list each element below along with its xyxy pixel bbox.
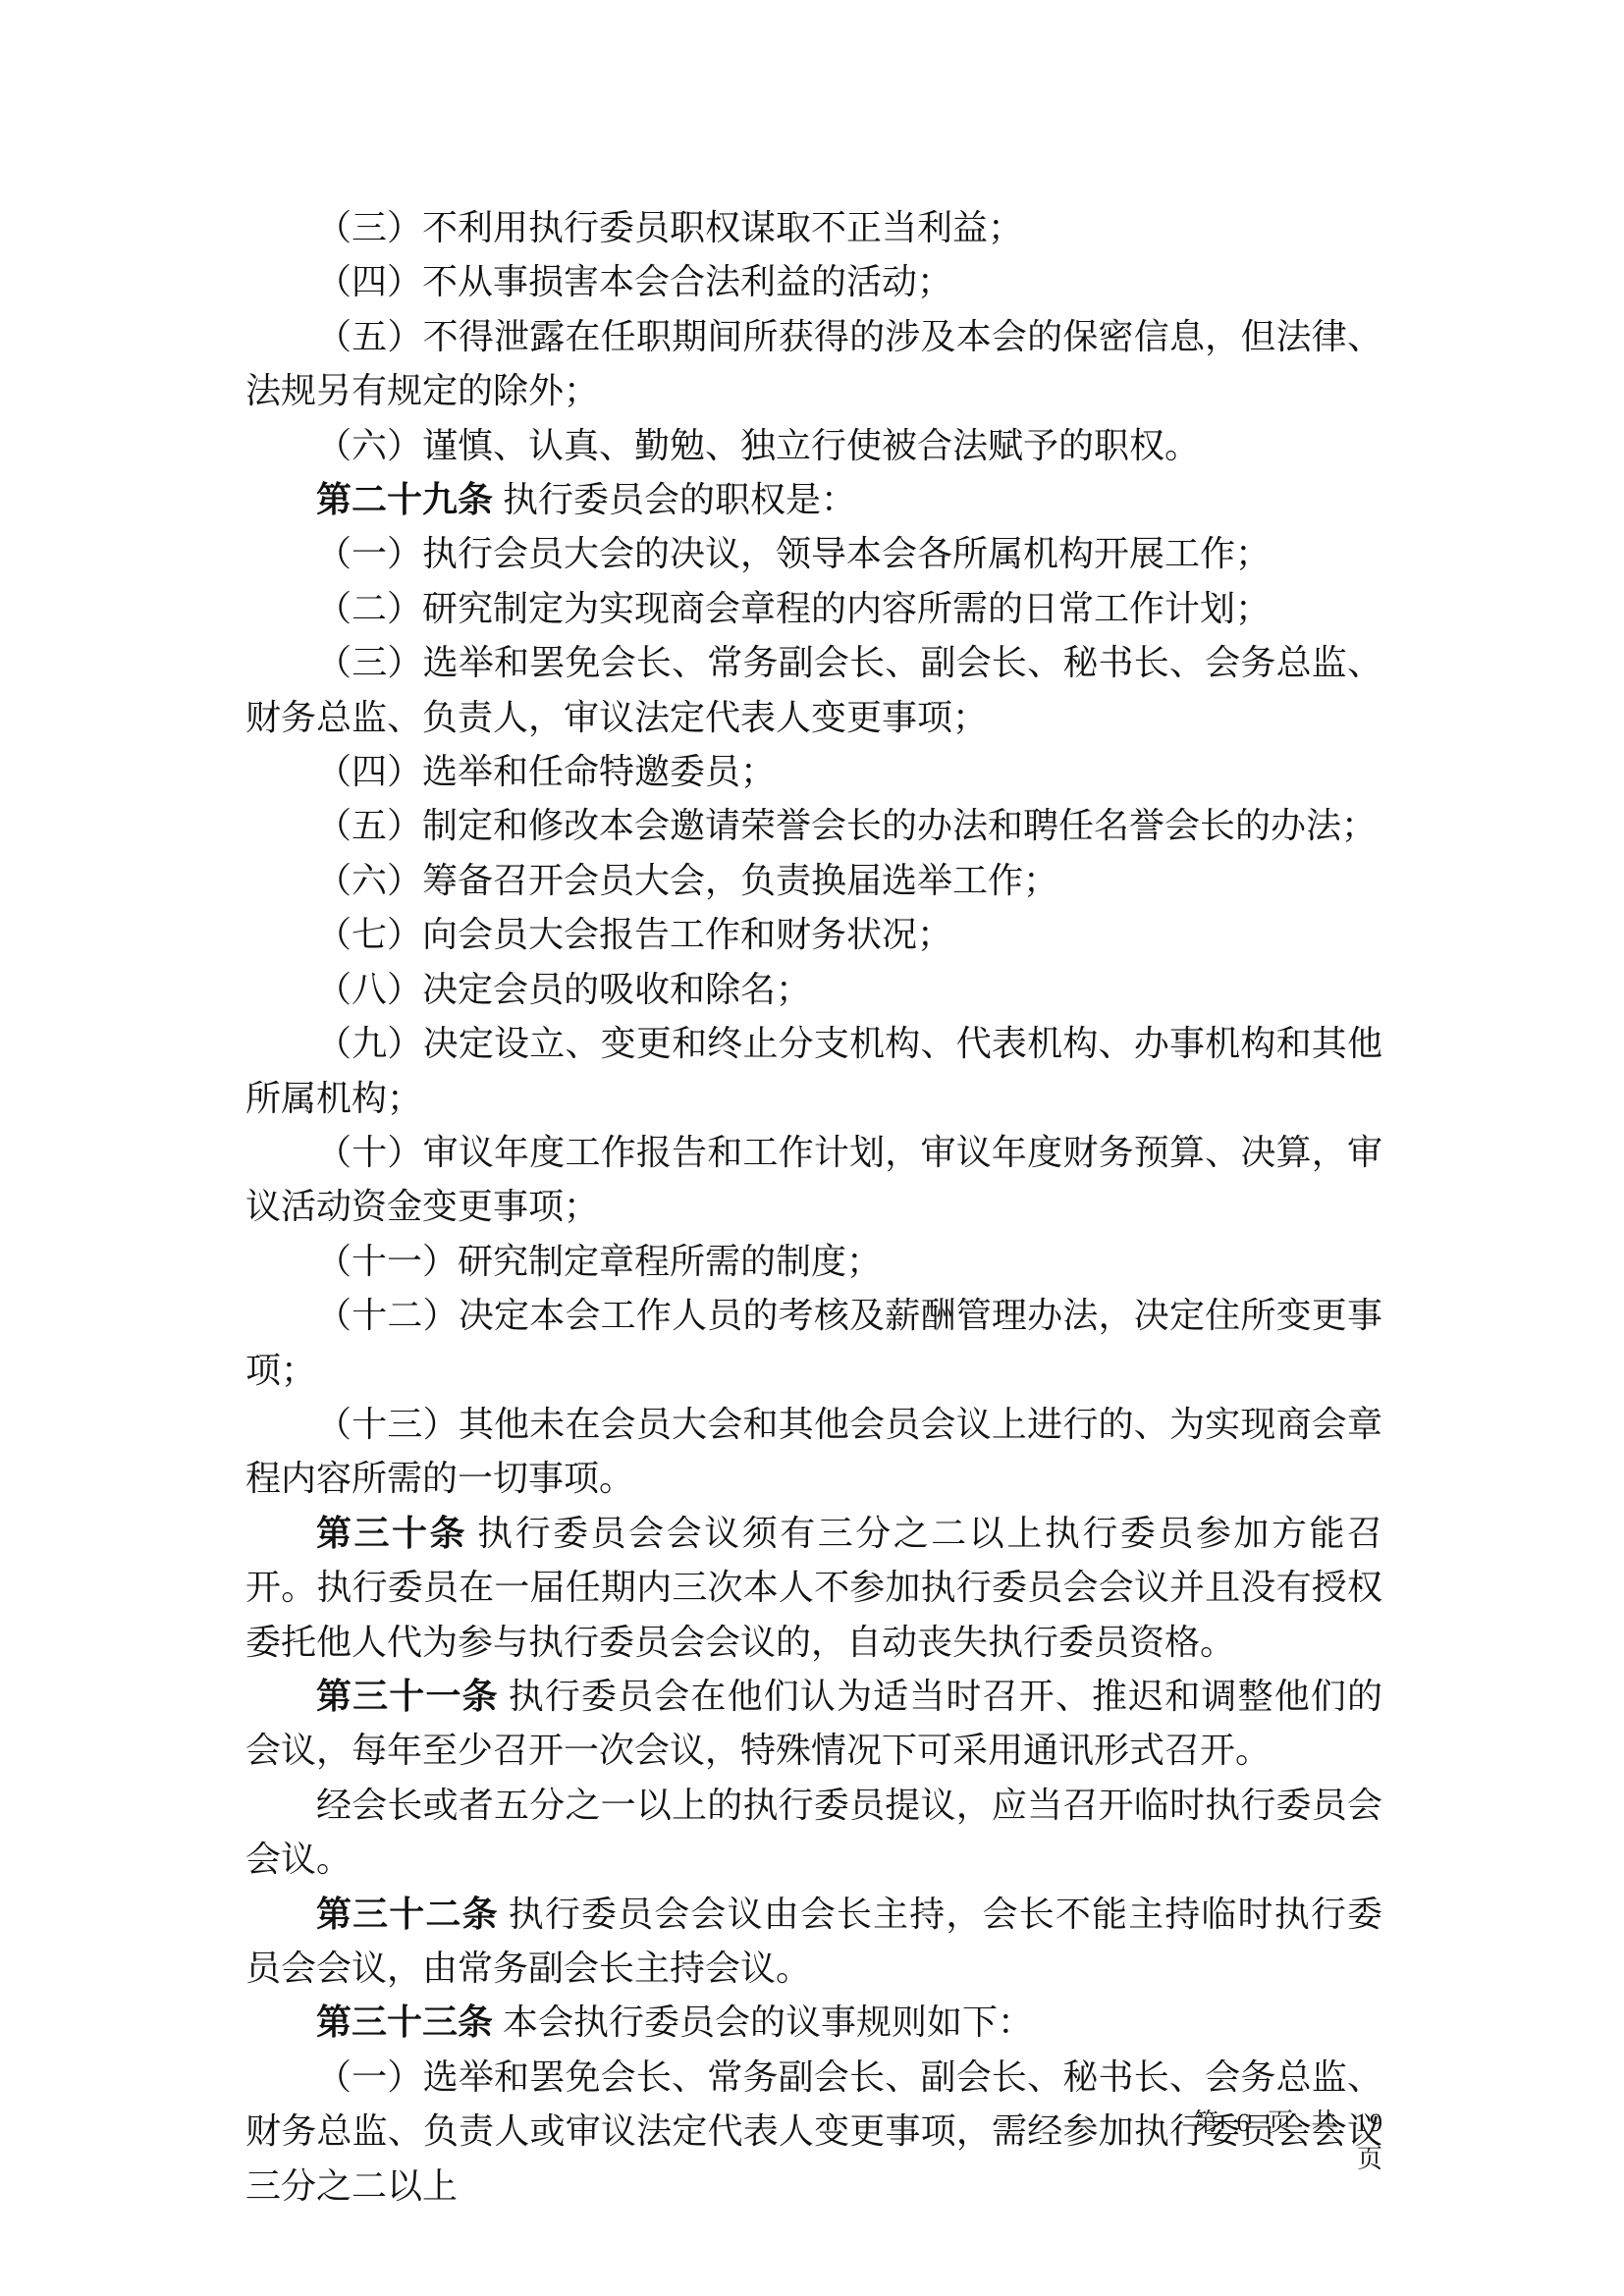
list-item: （六）谨慎、认真、勤勉、独立行使被合法赋予的职权。	[245, 419, 1382, 473]
article-number: 第三十条	[316, 1514, 467, 1553]
list-item: （十二）决定本会工作人员的考核及薪酬管理办法，决定住所变更事项；	[245, 1289, 1382, 1398]
article-33: 第三十三条本会执行委员会的议事规则如下：	[245, 1996, 1382, 2050]
list-item: （十一）研究制定章程所需的制度；	[245, 1235, 1382, 1289]
list-item: （五）制定和修改本会邀请荣誉会长的办法和聘任名誉会长的办法；	[245, 799, 1382, 853]
list-item: （四）不从事损害本会合法利益的活动；	[245, 255, 1382, 309]
article-text: 执行委员会的职权是：	[503, 480, 856, 519]
article-number: 第二十九条	[316, 480, 493, 519]
list-item: （一）执行会员大会的决议，领导本会各所属机构开展工作；	[245, 527, 1382, 581]
article-number: 第三十一条	[316, 1677, 499, 1716]
article-number: 第三十三条	[316, 2002, 493, 2042]
list-item: （七）向会员大会报告工作和财务状况；	[245, 908, 1382, 962]
article-32: 第三十二条执行委员会会议由会长主持，会长不能主持临时执行委员会会议，由常务副会长…	[245, 1888, 1382, 1997]
list-item: （三）不利用执行委员职权谋取不正当利益；	[245, 201, 1382, 255]
article-text: 本会执行委员会的议事规则如下：	[503, 2002, 1033, 2042]
list-item: （四）选举和任命特邀委员；	[245, 745, 1382, 799]
document-page: （三）不利用执行委员职权谋取不正当利益； （四）不从事损害本会合法利益的活动； …	[0, 0, 1624, 2296]
article-29: 第二十九条执行委员会的职权是：	[245, 473, 1382, 527]
list-item: （五）不得泄露在任职期间所获得的涉及本会的保密信息，但法律、法规另有规定的除外；	[245, 310, 1382, 419]
list-item: （二）研究制定为实现商会章程的内容所需的日常工作计划；	[245, 582, 1382, 636]
article-number: 第三十二条	[316, 1895, 499, 1934]
page-number: 第 6 页 共 19 页	[1168, 2103, 1384, 2175]
list-item: （九）决定设立、变更和终止分支机构、代表机构、办事机构和其他所属机构；	[245, 1017, 1382, 1126]
list-item: （十三）其他未在会员大会和其他会员会议上进行的、为实现商会章程内容所需的一切事项…	[245, 1398, 1382, 1507]
paragraph: 经会长或者五分之一以上的执行委员提议，应当召开临时执行委员会会议。	[245, 1779, 1382, 1888]
list-item: （八）决定会员的吸收和除名；	[245, 963, 1382, 1017]
document-body: （三）不利用执行委员职权谋取不正当利益； （四）不从事损害本会合法利益的活动； …	[245, 201, 1382, 2214]
list-item: （十）审议年度工作报告和工作计划，审议年度财务预算、决算，审议活动资金变更事项；	[245, 1126, 1382, 1235]
list-item: （三）选举和罢免会长、常务副会长、副会长、秘书长、会务总监、财务总监、负责人，审…	[245, 636, 1382, 745]
article-31: 第三十一条执行委员会在他们认为适当时召开、推迟和调整他们的会议，每年至少召开一次…	[245, 1670, 1382, 1779]
article-30: 第三十条执行委员会会议须有三分之二以上执行委员参加方能召开。执行委员在一届任期内…	[245, 1507, 1382, 1670]
list-item: （六）筹备召开会员大会，负责换届选举工作；	[245, 854, 1382, 908]
